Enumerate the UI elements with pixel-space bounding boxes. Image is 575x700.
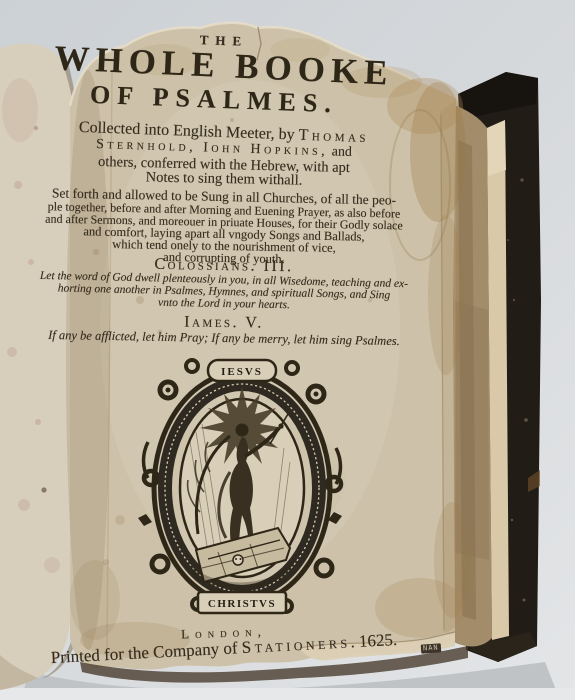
christvs-cartouche: CHRISTVS <box>198 592 286 613</box>
ink-stamp: NAN <box>421 643 441 653</box>
iesvs-label: IESVS <box>221 366 263 378</box>
stationers-woodcut-device: IESVS CHRISTVS <box>138 352 346 622</box>
collected-line-2-end: and <box>328 144 352 160</box>
imprint-year: . 1625. <box>350 630 398 651</box>
christvs-label: CHRISTVS <box>208 598 276 610</box>
photograph-of-open-book: THE WHOLE BOOKE OF PSALMES. Collected in… <box>0 0 575 700</box>
iesvs-cartouche: IESVS <box>208 360 276 381</box>
christ-head <box>236 424 249 437</box>
skull <box>233 555 243 565</box>
